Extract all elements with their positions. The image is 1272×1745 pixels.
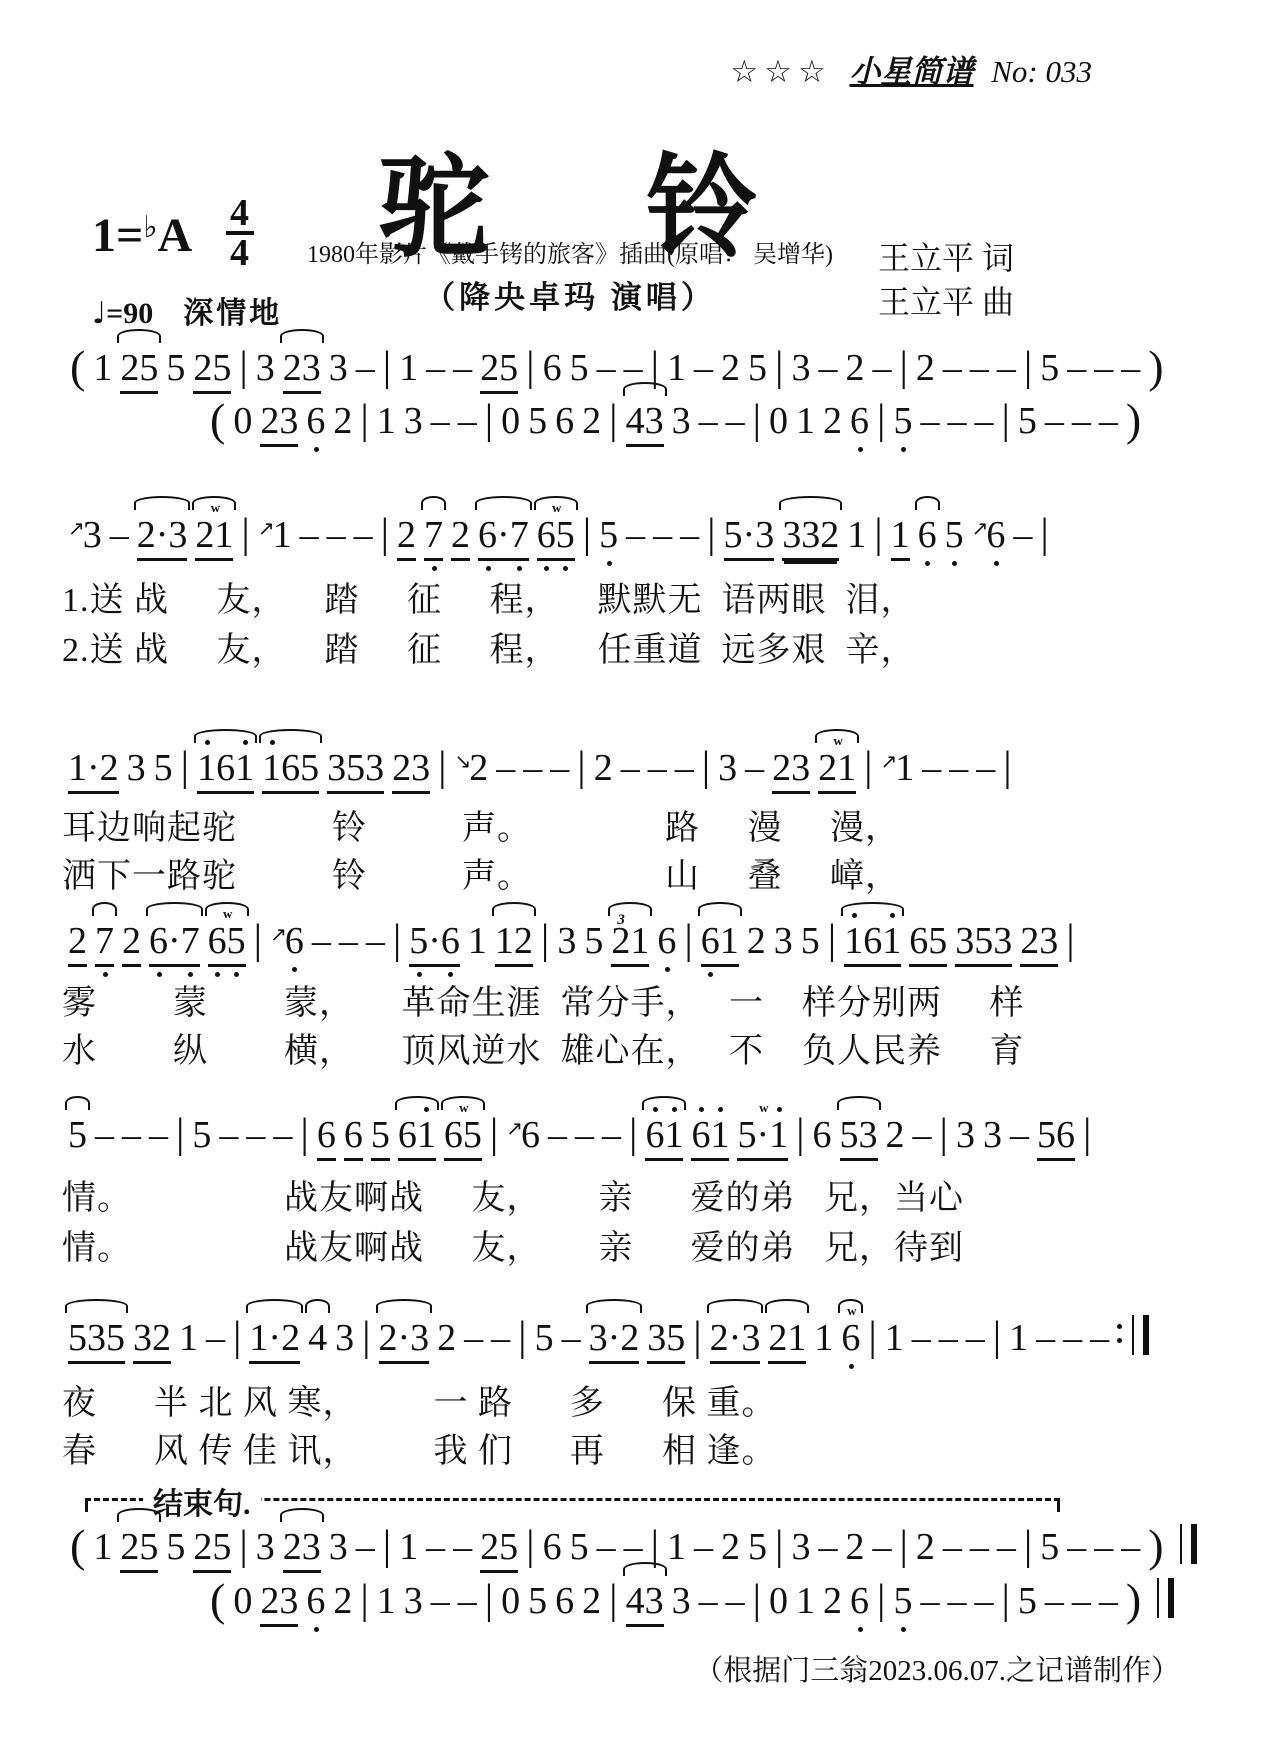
note-token: 4 xyxy=(308,1316,327,1360)
note-token: 3 xyxy=(404,399,423,443)
note-token: 1 xyxy=(847,513,866,557)
note-token: ) xyxy=(1126,398,1141,443)
note-token: 7 xyxy=(95,919,114,967)
note-token: | xyxy=(526,345,534,390)
lyrics-verse2-line1: 2.送 战 友， 踏 征 程， 任重道 远多艰 辛， xyxy=(62,622,916,671)
note-token: 2 xyxy=(721,1525,740,1569)
note-token: 5 xyxy=(893,399,912,443)
note-token xyxy=(1117,1315,1149,1360)
note-token: – xyxy=(219,1113,238,1157)
note-token: 56 xyxy=(1037,1113,1075,1161)
note-token: | xyxy=(1024,1524,1032,1569)
note-token: – xyxy=(453,1525,472,1569)
note-token: 2·3 xyxy=(137,513,188,561)
note-token: 2 xyxy=(916,346,935,390)
note-token: 5 xyxy=(192,1113,211,1157)
note-token: 65 xyxy=(909,919,947,967)
note-token: ↗6 xyxy=(506,1113,540,1162)
note-token: 53 xyxy=(840,1113,878,1161)
note-token: – xyxy=(626,513,645,557)
note-token: 5 xyxy=(528,1579,547,1623)
note-token: – xyxy=(745,746,764,790)
note-token: – xyxy=(1099,1579,1118,1623)
note-token: 25 xyxy=(120,1525,158,1573)
page-header: ☆☆☆ 小星简谱 No: 033 xyxy=(0,46,1092,91)
note-token: 5 xyxy=(535,1316,554,1360)
note-token: 6 xyxy=(306,1579,325,1623)
note-token: – xyxy=(1010,1113,1029,1157)
note-token: ( xyxy=(210,398,225,443)
note-token: | xyxy=(828,918,836,963)
note-token: – xyxy=(426,1525,445,1569)
note-token: – xyxy=(1099,399,1118,443)
ending-bracket: 结束句. xyxy=(85,1498,1060,1501)
note-token: 32 xyxy=(133,1316,171,1364)
lyrics-verse1-line1: 1.送 战 友， 踏 征 程， 默默无 语两眼 泪， xyxy=(62,572,916,621)
note-token: – xyxy=(1067,346,1086,390)
note-token: – xyxy=(431,1579,450,1623)
note-token: 61 xyxy=(691,1113,729,1161)
note-token: | xyxy=(241,512,249,557)
note-token: 6·7 xyxy=(478,513,529,561)
note-token: – xyxy=(726,1579,745,1623)
note-token: – xyxy=(726,399,745,443)
note-token: | xyxy=(993,1315,1001,1360)
meter-numerator: 4 xyxy=(230,192,249,234)
note-token: 6 xyxy=(813,1113,832,1157)
note-token: | xyxy=(239,1524,247,1569)
note-token: 1 xyxy=(93,1525,112,1569)
note-token: | xyxy=(233,1315,241,1360)
note-token: 165 xyxy=(262,746,319,794)
note-token: – xyxy=(943,346,962,390)
note-token: – xyxy=(648,746,667,790)
note-token: 23 xyxy=(1020,919,1058,967)
note-token: | xyxy=(438,745,446,790)
note-token: – xyxy=(1063,1316,1082,1360)
note-token: – xyxy=(966,1316,985,1360)
note-token: | xyxy=(485,398,493,443)
note-token: 1·2 xyxy=(249,1316,300,1364)
note-token: 3 xyxy=(557,919,576,963)
note-token: | xyxy=(684,918,692,963)
note-token: 2 xyxy=(845,346,864,390)
note-token: – xyxy=(206,1316,225,1360)
note-token: 3 xyxy=(329,346,348,390)
sheet-number: No: 033 xyxy=(991,54,1092,89)
note-token: ( xyxy=(70,345,85,390)
note-token: 5 xyxy=(801,919,820,963)
note-token: – xyxy=(1036,1316,1055,1360)
note-token: – xyxy=(680,513,699,557)
note-token: 1 xyxy=(814,1316,833,1360)
note-token: 2 xyxy=(451,513,470,561)
note-token: – xyxy=(949,746,968,790)
lyrics-verse2-line4: 情。 战友啊战 友， 亲 爱的弟 兄，待到 xyxy=(62,1220,964,1269)
sheet-music-page: ☆☆☆ 小星简谱 No: 033 驼 铃 1=♭A 4 4 1980年影片《戴手… xyxy=(0,0,1272,1745)
note-token: | xyxy=(362,1315,370,1360)
note-token: | xyxy=(877,1578,885,1623)
note-token: 5 xyxy=(893,1579,912,1623)
lyrics-verse2-line2: 洒下一路驼 铃 声。 山 叠 嶂， xyxy=(62,848,900,897)
note-token: 161 xyxy=(844,919,901,967)
note-token: | xyxy=(1001,1578,1009,1623)
note-token: 5·6 xyxy=(409,919,460,967)
note-token xyxy=(1172,1524,1197,1569)
note-token: | xyxy=(864,745,872,790)
note-token: – xyxy=(694,1525,713,1569)
note-token: 3·2 xyxy=(589,1316,640,1364)
note-token: 1 xyxy=(377,1579,396,1623)
note-token: ↗6 xyxy=(270,919,304,968)
note-token: | xyxy=(1083,1112,1091,1157)
note-token: 43 xyxy=(626,399,664,447)
note-token: 1·2 xyxy=(68,746,119,794)
note-token: 3 xyxy=(791,346,810,390)
note-token: 1 xyxy=(796,399,815,443)
note-token: 2 xyxy=(721,346,740,390)
note-token: 0 xyxy=(501,399,520,443)
note-token: – xyxy=(110,513,129,557)
note-token: 2 xyxy=(437,1316,456,1360)
note-token: – xyxy=(621,746,640,790)
note-token: – xyxy=(970,346,989,390)
note-token: 353 xyxy=(327,746,384,794)
note-token: 1 xyxy=(468,919,487,963)
note-token: | xyxy=(176,1112,184,1157)
note-token: | xyxy=(707,512,715,557)
note-token: 0 xyxy=(769,1579,788,1623)
note-token: – xyxy=(327,513,346,557)
note-token: 6 xyxy=(657,919,676,963)
note-token: – xyxy=(818,1525,837,1569)
note-token: – xyxy=(947,1579,966,1623)
note-token: 6 xyxy=(918,513,937,557)
note-token: 3 xyxy=(404,1579,423,1623)
note-token: | xyxy=(577,745,585,790)
note-token: 2 xyxy=(916,1525,935,1569)
intro-line-1: (125525|3233–|1––25|65––|1–25|3–2–|2–––|… xyxy=(66,345,1168,394)
note-token: 2 xyxy=(68,919,87,967)
note-token: – xyxy=(1045,1579,1064,1623)
note-token: 5 xyxy=(166,1525,185,1569)
note-token: – xyxy=(496,746,515,790)
note-token: 5 xyxy=(1040,1525,1059,1569)
note-token: | xyxy=(753,1578,761,1623)
notes-line-1: ↗3–2·3w21|↗1–––|2726·7w65|5–––|5·33321|1… xyxy=(64,512,1053,562)
lyrics-verse1-line3: 雾 蒙 蒙， 革命生涯 常分手， 一 样分别两 样 xyxy=(62,975,1025,1024)
note-token xyxy=(1149,1578,1174,1623)
note-token: 1 xyxy=(399,1525,418,1569)
note-token: – xyxy=(1094,346,1113,390)
note-token: 25 xyxy=(480,346,518,394)
note-token: 12 xyxy=(495,919,533,967)
note-token: | xyxy=(1001,398,1009,443)
note-token: 5 xyxy=(584,919,603,963)
note-token: 23 xyxy=(260,399,298,447)
note-token: 3 xyxy=(983,1113,1002,1157)
note-token: | xyxy=(899,1524,907,1569)
note-token: | xyxy=(775,1524,783,1569)
note-token: w65 xyxy=(208,919,246,967)
note-token: | xyxy=(877,398,885,443)
note-token: 1 xyxy=(796,1579,815,1623)
note-token: w5·1 xyxy=(737,1113,788,1161)
note-token: 5 xyxy=(1018,399,1037,443)
ending-line-2: (02362|13––|0562|433––|0126|5–––|5–––) xyxy=(206,1578,1178,1627)
note-token: 2·3 xyxy=(379,1316,430,1364)
note-token: 2·3 xyxy=(710,1316,761,1364)
note-token: | xyxy=(541,918,549,963)
note-token: 61 xyxy=(701,919,739,967)
note-token: | xyxy=(702,745,710,790)
note-token: 6 xyxy=(850,399,869,443)
note-token: – xyxy=(149,1113,168,1157)
note-token: | xyxy=(775,345,783,390)
note-token: 5 xyxy=(528,399,547,443)
note-token: – xyxy=(974,399,993,443)
note-token: | xyxy=(518,1315,526,1360)
note-token: ) xyxy=(1126,1578,1141,1623)
note-token: – xyxy=(523,746,542,790)
note-token: 6·7 xyxy=(149,919,200,967)
note-token: 3 xyxy=(672,399,691,443)
note-token: – xyxy=(1121,1525,1140,1569)
note-token: ↘2 xyxy=(455,746,489,795)
note-token: ( xyxy=(210,1578,225,1623)
note-token: – xyxy=(913,1113,932,1157)
note-token: | xyxy=(383,1524,391,1569)
notes-line-2: 1·235|16116535323|↘2–––|2–––|3–23w21|↗1–… xyxy=(64,745,1016,795)
note-token: – xyxy=(354,513,373,557)
footer-note: （根据门三翁2023.06.07.之记谱制作） xyxy=(0,1648,1180,1689)
note-token: – xyxy=(246,1113,265,1157)
note-token: 6 xyxy=(555,399,574,443)
note-token: 2 xyxy=(333,399,352,443)
note-token: 5 xyxy=(748,346,767,390)
note-token: | xyxy=(629,1112,637,1157)
note-token: – xyxy=(312,919,331,963)
note-token: 353 xyxy=(955,919,1012,967)
notes-line-4: 5–––|5–––|66561w65|↗6–––|6161w5·1|6532–|… xyxy=(64,1112,1095,1162)
note-token: | xyxy=(254,918,262,963)
note-token: 2 xyxy=(122,919,141,967)
note-token: – xyxy=(818,346,837,390)
stars-icon: ☆☆☆ xyxy=(730,54,831,89)
note-token: 6 xyxy=(850,1579,869,1623)
note-token: 25 xyxy=(193,346,231,394)
note-token: 7 xyxy=(424,513,443,561)
note-token: – xyxy=(970,1525,989,1569)
note-token: – xyxy=(550,746,569,790)
note-token: 5 xyxy=(1018,1579,1037,1623)
note-token: 5 xyxy=(945,513,964,557)
note-token: 161 xyxy=(197,746,254,794)
series-title: 小星简谱 xyxy=(850,54,974,89)
note-token: | xyxy=(383,345,391,390)
note-token: 5 xyxy=(570,346,589,390)
note-token: ↗6 xyxy=(972,513,1006,562)
note-token: 2 xyxy=(582,1579,601,1623)
note-token: – xyxy=(1013,513,1032,557)
note-token: | xyxy=(360,1578,368,1623)
note-token: 5 xyxy=(1040,346,1059,390)
note-token: | xyxy=(490,1112,498,1157)
note-token: 5 xyxy=(570,1525,589,1569)
note-token: 332 xyxy=(782,513,839,561)
note-token: 3 xyxy=(127,746,146,790)
note-token: 23 xyxy=(283,346,321,394)
note-token: 5 xyxy=(371,1113,390,1161)
note-token: 23 xyxy=(283,1525,321,1573)
note-token: – xyxy=(976,746,995,790)
note-token: 25 xyxy=(193,1525,231,1573)
note-token: – xyxy=(872,1525,891,1569)
lyrics-verse2-line5: 春 风 传 佳 讯， 我 们 再 相 逢。 xyxy=(62,1423,777,1472)
note-token: 3 xyxy=(791,1525,810,1569)
note-token: – xyxy=(597,346,616,390)
note-token: – xyxy=(548,1113,567,1157)
note-token: 23 xyxy=(392,746,430,794)
note-token: – xyxy=(597,1525,616,1569)
note-token: 2 xyxy=(582,399,601,443)
note-token: – xyxy=(920,399,939,443)
note-token: – xyxy=(356,346,375,390)
note-token: – xyxy=(464,1316,483,1360)
note-token: 1 xyxy=(93,346,112,390)
note-token: – xyxy=(943,1525,962,1569)
note-token: – xyxy=(339,919,358,963)
note-token: – xyxy=(356,1525,375,1569)
note-token: | xyxy=(393,918,401,963)
note-token: – xyxy=(694,346,713,390)
note-token: ( xyxy=(70,1524,85,1569)
note-token: w21 xyxy=(195,513,233,561)
lyricist: 王立平 词 xyxy=(878,236,1014,280)
note-token: 3 xyxy=(672,1579,691,1623)
note-token: 35 xyxy=(647,1316,685,1364)
note-token: 5 xyxy=(599,513,618,557)
note-token: 2 xyxy=(333,1579,352,1623)
note-token: 3 xyxy=(335,1316,354,1360)
note-token: 2 xyxy=(397,513,416,561)
note-token: 5 xyxy=(748,1525,767,1569)
note-token: 535 xyxy=(68,1316,125,1364)
note-token: 23 xyxy=(772,746,810,794)
notes-line-5: 535321–|1·243|2·32––|5–3·235|2·3211w6|1–… xyxy=(64,1315,1153,1364)
note-token: 5 xyxy=(166,346,185,390)
note-token: 23 xyxy=(260,1579,298,1627)
note-token: 21 xyxy=(768,1316,806,1364)
lyrics-verse2-line3: 水 纵 横， 顶风逆水 雄心在， 不 负人民养 育 xyxy=(62,1023,1025,1072)
note-token: ↗1 xyxy=(881,746,915,795)
composer: 王立平 曲 xyxy=(878,280,1014,324)
note-token: 2 xyxy=(886,1113,905,1157)
note-token: – xyxy=(562,1316,581,1360)
note-token: | xyxy=(609,398,617,443)
note-token: – xyxy=(95,1113,114,1157)
note-token: 3 xyxy=(256,1525,275,1569)
note-token: | xyxy=(300,1112,308,1157)
note-token: 5 xyxy=(154,746,173,790)
note-token: – xyxy=(947,399,966,443)
note-token: 0 xyxy=(501,1579,520,1623)
note-token: 25 xyxy=(480,1525,518,1573)
note-token: – xyxy=(974,1579,993,1623)
note-token: 6 xyxy=(344,1113,363,1161)
note-token: 1 xyxy=(1009,1316,1028,1360)
note-token: | xyxy=(874,512,882,557)
note-token: – xyxy=(366,919,385,963)
lyrics-verse1-line2: 耳边响起驼 铃 声。 路 漫 漫， xyxy=(62,800,900,849)
note-token: | xyxy=(693,1315,701,1360)
note-token: 25 xyxy=(120,346,158,394)
note-token: | xyxy=(940,1112,948,1157)
note-token: – xyxy=(1072,1579,1091,1623)
note-token: – xyxy=(1045,399,1064,443)
note-token: | xyxy=(239,345,247,390)
note-token: | xyxy=(899,345,907,390)
note-token: 61 xyxy=(645,1113,683,1161)
note-token: – xyxy=(458,1579,477,1623)
note-token: 3 xyxy=(718,746,737,790)
note-token: 3 xyxy=(329,1525,348,1569)
note-token: 5·3 xyxy=(724,513,775,561)
note-token: – xyxy=(575,1113,594,1157)
lyrics-verse1-line4: 情。 战友啊战 友， 亲 爱的弟 兄，当心 xyxy=(62,1170,964,1219)
note-token: 2 xyxy=(747,919,766,963)
note-token: – xyxy=(1094,1525,1113,1569)
note-token: w21 xyxy=(818,746,856,794)
note-token: – xyxy=(300,513,319,557)
note-token: | xyxy=(181,745,189,790)
note-token: | xyxy=(526,1524,534,1569)
note-token: 6 xyxy=(555,1579,574,1623)
note-token: | xyxy=(381,512,389,557)
note-token: ) xyxy=(1148,1524,1163,1569)
note-token: 2 xyxy=(594,746,613,790)
note-token: 321 xyxy=(611,919,649,967)
note-token: 0 xyxy=(233,399,252,443)
note-token: – xyxy=(122,1113,141,1157)
note-token: | xyxy=(796,1112,804,1157)
credits: 王立平 词 王立平 曲 xyxy=(878,236,1014,324)
note-token: – xyxy=(653,513,672,557)
note-token: – xyxy=(912,1316,931,1360)
note-token: – xyxy=(491,1316,510,1360)
note-token: | xyxy=(485,1578,493,1623)
note-token: 6 xyxy=(543,1525,562,1569)
note-token: – xyxy=(872,346,891,390)
note-token: 61 xyxy=(398,1113,436,1161)
note-token: 6 xyxy=(306,399,325,443)
note-token: – xyxy=(699,1579,718,1623)
note-token: 1 xyxy=(399,346,418,390)
note-token: – xyxy=(997,1525,1016,1569)
note-token: 1 xyxy=(179,1316,198,1360)
note-token: – xyxy=(997,346,1016,390)
note-token: – xyxy=(602,1113,621,1157)
note-token: 2 xyxy=(845,1525,864,1569)
note-token: 6 xyxy=(317,1113,336,1161)
note-token: w6 xyxy=(841,1316,860,1360)
note-token: – xyxy=(1072,399,1091,443)
note-token: w65 xyxy=(444,1113,482,1161)
note-token: – xyxy=(939,1316,958,1360)
note-token: 3 xyxy=(256,346,275,390)
note-token: 1 xyxy=(667,1525,686,1569)
note-token: | xyxy=(1066,918,1074,963)
